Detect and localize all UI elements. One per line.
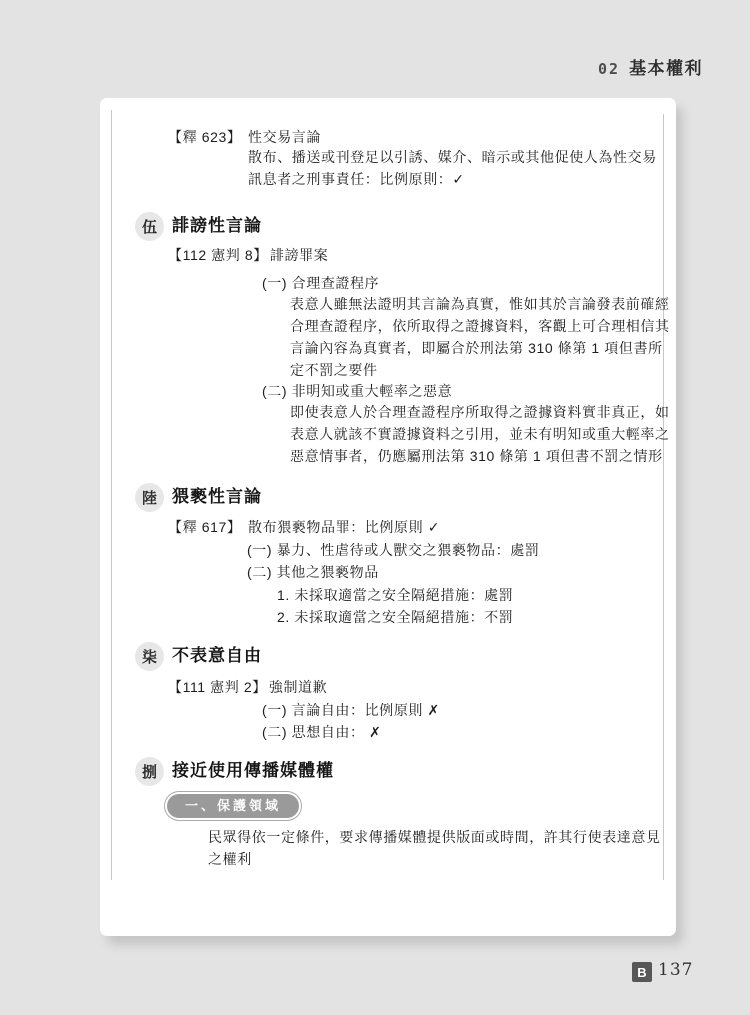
section-heading: 猥褻性言論 bbox=[172, 486, 262, 508]
case-ref-111-2: 【111 憲判 2】 強制道歉 bbox=[168, 677, 327, 697]
body-line: 言論內容為真實者，即屬合於刑法第 310 條第 1 項但書所 bbox=[290, 337, 670, 359]
section-number-badge: 柒 bbox=[135, 642, 164, 671]
case-title: 性交易言論 bbox=[248, 127, 321, 147]
body-line: 合理查證程序，依所取得之證據資料，客觀上可合理相信其 bbox=[290, 315, 670, 337]
body-line: 之權利 bbox=[208, 848, 661, 870]
case-title: 誹謗罪案 bbox=[270, 245, 328, 265]
chapter-title: 基本權利 bbox=[629, 54, 703, 79]
body-line: 定不罰之要件 bbox=[290, 359, 670, 381]
chapter-number: 02 bbox=[598, 60, 620, 78]
case-label: 【釋 617】 bbox=[168, 517, 248, 537]
case-ref-617: 【釋 617】 散布猥褻物品罪：比例原則 ✓ bbox=[168, 517, 440, 537]
list-item: (二) 思想自由： ✗ bbox=[262, 722, 381, 742]
subsection-pill: 一、保護領域 bbox=[167, 794, 299, 818]
body-line: 訊息者之刑事責任：比例原則：✓ bbox=[248, 168, 657, 190]
subsection-body: 民眾得依一定條件，要求傳播媒體提供版面或時間，許其行使表達意見 之權利 bbox=[208, 826, 661, 870]
list-item: (一) 合理查證程序 bbox=[262, 273, 379, 293]
body-line: 表意人雖無法證明其言論為真實，惟如其於言論發表前確經 bbox=[290, 293, 670, 315]
case-ref-112-8: 【112 憲判 8】 誹謗罪案 bbox=[168, 245, 328, 265]
body-line: 惡意情事者，仍應屬刑法第 310 條第 1 項但書不罰之情形 bbox=[290, 445, 670, 467]
list-item: (一) 暴力、性虐待或人獸交之猥褻物品：處罰 bbox=[247, 540, 539, 560]
list-item: (二) 其他之猥褻物品 bbox=[247, 562, 379, 582]
case-title: 散布猥褻物品罪：比例原則 ✓ bbox=[248, 517, 440, 537]
section-letter-badge: B bbox=[632, 962, 652, 982]
scanned-book-page: { "header": { "chapter_number": "02", "c… bbox=[0, 0, 750, 1015]
numbered-item: 1. 未採取適當之安全隔絕措施：處罰 bbox=[277, 585, 513, 605]
case-label: 【釋 623】 bbox=[168, 127, 248, 147]
list-item-body: 即使表意人於合理查證程序所取得之證據資料實非真正，如 表意人就該不實證據資料之引… bbox=[290, 401, 670, 467]
section-heading: 不表意自由 bbox=[172, 645, 262, 667]
section-number-badge: 陸 bbox=[135, 483, 164, 512]
page-number: 137 bbox=[658, 960, 693, 980]
body-line: 表意人就該不實證據資料之引用，並未有明知或重大輕率之 bbox=[290, 423, 670, 445]
section-number-badge: 捌 bbox=[135, 757, 164, 786]
section-number-badge: 伍 bbox=[135, 212, 164, 241]
case-title: 強制道歉 bbox=[269, 677, 327, 697]
case-ref-623: 【釋 623】 性交易言論 bbox=[168, 127, 321, 147]
body-line: 即使表意人於合理查證程序所取得之證據資料實非真正，如 bbox=[290, 401, 670, 423]
body-line: 散布、播送或刊登足以引誘、媒介、暗示或其他促使人為性交易 bbox=[248, 146, 657, 168]
numbered-item: 2. 未採取適當之安全隔絕措施：不罰 bbox=[277, 607, 513, 627]
case-label: 【112 憲判 8】 bbox=[168, 245, 268, 265]
case-ref-623-body: 散布、播送或刊登足以引誘、媒介、暗示或其他促使人為性交易 訊息者之刑事責任：比例… bbox=[248, 146, 657, 190]
case-label: 【111 憲判 2】 bbox=[168, 677, 267, 697]
running-header: 02 基本權利 bbox=[598, 54, 703, 79]
page-crease-line-left bbox=[111, 110, 112, 880]
list-item: (一) 言論自由：比例原則 ✗ bbox=[262, 700, 440, 720]
page-crease-line-right bbox=[663, 114, 664, 880]
body-line: 民眾得依一定條件，要求傳播媒體提供版面或時間，許其行使表達意見 bbox=[208, 826, 661, 848]
section-heading: 接近使用傳播媒體權 bbox=[172, 760, 334, 782]
section-heading: 誹謗性言論 bbox=[172, 215, 262, 237]
page-card: 【釋 623】 性交易言論 散布、播送或刊登足以引誘、媒介、暗示或其他促使人為性… bbox=[100, 98, 676, 936]
list-item-body: 表意人雖無法證明其言論為真實，惟如其於言論發表前確經 合理查證程序，依所取得之證… bbox=[290, 293, 670, 381]
list-item: (二) 非明知或重大輕率之惡意 bbox=[262, 381, 452, 401]
